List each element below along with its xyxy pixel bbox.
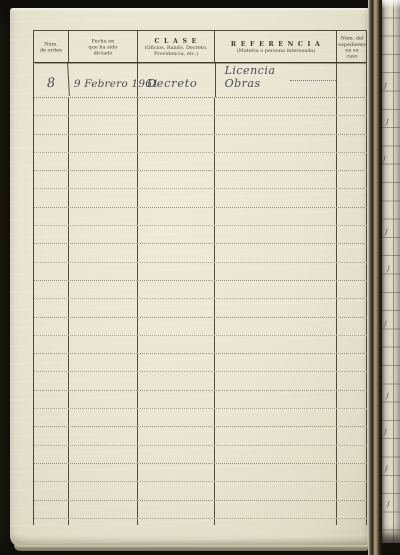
empty-cell [69, 336, 138, 353]
empty-cell [138, 226, 216, 243]
header-fecha: Fecha en que ha sido dictado [69, 31, 138, 62]
entry-num-orden: 8 [33, 62, 70, 98]
empty-cell [138, 153, 216, 170]
header-text: de orden [40, 47, 62, 53]
entry-fecha: 9 Febrero 1961 [69, 63, 138, 97]
header-text: Fecha en [88, 38, 117, 44]
empty-cell [69, 135, 138, 152]
empty-cell [69, 153, 138, 170]
empty-cell [34, 318, 69, 335]
empty-cell [215, 226, 337, 243]
empty-cell [34, 336, 69, 353]
handwriting-fragment [383, 500, 390, 509]
empty-cell [138, 464, 216, 481]
header-subtitle: (Oficios, Bando, Decreto, [145, 44, 208, 50]
empty-cell [215, 116, 337, 133]
header-text: expediente [338, 41, 366, 47]
table-row-empty [34, 336, 367, 354]
empty-cell [34, 153, 69, 170]
entry-referencia: Licencia Obras [216, 63, 338, 97]
empty-cell [138, 391, 216, 408]
empty-cell [215, 501, 337, 518]
handwriting-fragment [382, 155, 386, 164]
empty-cell [34, 464, 69, 481]
empty-cell [215, 446, 337, 463]
book-gutter [368, 0, 382, 555]
table-row-empty [34, 299, 367, 317]
entry-referencia-text: Licencia Obras [225, 64, 284, 90]
table-row-empty [34, 153, 367, 171]
empty-cell [138, 116, 216, 133]
empty-cell [138, 354, 216, 371]
register-page-paper: Núm. de orden Fecha en que ha sido dicta… [10, 8, 368, 547]
table-row-empty [34, 427, 367, 445]
header-text: dictado [88, 49, 117, 55]
table-row-empty [34, 244, 367, 262]
empty-cell [69, 226, 138, 243]
empty-cell [34, 244, 69, 261]
scanned-register-page: Núm. de orden Fecha en que ha sido dicta… [0, 0, 400, 555]
handwriting-fragment [382, 118, 389, 127]
table-row-empty [34, 171, 367, 189]
empty-cell [337, 446, 367, 463]
empty-cell [138, 171, 216, 188]
empty-cell [69, 281, 138, 298]
empty-cell [69, 98, 138, 115]
empty-cell [337, 409, 367, 426]
empty-cell [215, 208, 337, 225]
empty-cell [337, 116, 367, 133]
empty-cell [215, 98, 337, 115]
empty-cell [215, 171, 337, 188]
empty-cell [69, 189, 138, 206]
empty-cell [34, 171, 69, 188]
empty-cell [337, 208, 367, 225]
empty-cell [69, 391, 138, 408]
header-subtitle: (Materia o persona interesada) [231, 47, 321, 53]
table-row-empty [34, 409, 367, 427]
empty-cell [34, 446, 69, 463]
table-row-empty [34, 189, 367, 207]
empty-cell [215, 427, 337, 444]
table-row-empty [34, 501, 367, 519]
empty-cell [34, 427, 69, 444]
empty-cell [215, 281, 337, 298]
empty-cell [69, 299, 138, 316]
empty-cell [34, 354, 69, 371]
table-row-empty [34, 391, 367, 409]
table-row-empty [34, 281, 367, 299]
empty-cell [215, 153, 337, 170]
empty-cell [138, 189, 216, 206]
empty-cell [138, 244, 216, 261]
empty-cell [138, 501, 216, 518]
handwriting-fragment [382, 320, 387, 329]
empty-cell [138, 135, 216, 152]
header-subtitle: Providencia, etc.) [145, 50, 208, 56]
table-row-empty [34, 135, 367, 153]
empty-cell [337, 281, 367, 298]
empty-cell [69, 171, 138, 188]
empty-cell [69, 464, 138, 481]
table-row-empty [34, 226, 367, 244]
empty-cell [34, 409, 69, 426]
empty-cell [138, 409, 216, 426]
empty-cell [337, 354, 367, 371]
empty-cell [138, 281, 216, 298]
empty-cell [138, 427, 216, 444]
empty-cell [69, 501, 138, 518]
empty-cell [34, 226, 69, 243]
handwritten-dotted-flourish [290, 80, 336, 81]
header-num-orden: Núm. de orden [34, 31, 69, 62]
empty-cell [337, 244, 367, 261]
header-referencia: R E F E R E N C I A (Materia o persona i… [215, 31, 337, 62]
handwriting-fragment [382, 465, 388, 474]
empty-cell [337, 336, 367, 353]
empty-cell [138, 263, 216, 280]
empty-cell [337, 299, 367, 316]
empty-cell [69, 354, 138, 371]
table-row-empty [34, 372, 367, 390]
empty-cell [337, 226, 367, 243]
header-title: R E F E R E N C I A [231, 40, 321, 47]
empty-cell [337, 135, 367, 152]
empty-cell [34, 501, 69, 518]
empty-cell [138, 98, 216, 115]
table-row-empty [34, 208, 367, 226]
table-row-empty [34, 98, 367, 116]
empty-cell [215, 189, 337, 206]
empty-cell [69, 244, 138, 261]
empty-cell [215, 135, 337, 152]
empty-cell [215, 391, 337, 408]
empty-cell [337, 98, 367, 115]
empty-cell [138, 482, 216, 499]
empty-cell [138, 208, 216, 225]
empty-cell [215, 409, 337, 426]
header-expediente: Núm. del expediente en su caso [337, 31, 367, 62]
empty-cell [215, 482, 337, 499]
empty-cell [34, 263, 69, 280]
empty-cell [138, 299, 216, 316]
empty-cell [337, 427, 367, 444]
empty-cell [34, 208, 69, 225]
empty-cell [69, 427, 138, 444]
handwriting-fragment [382, 228, 388, 237]
table-row-empty [34, 116, 367, 134]
empty-cell [69, 482, 138, 499]
empty-cell [337, 153, 367, 170]
empty-cell [34, 372, 69, 389]
empty-cell [34, 391, 69, 408]
empty-cell [337, 318, 367, 335]
table-row-empty [34, 318, 367, 336]
page-edge-highlight [382, 0, 400, 9]
handwriting-fragment [382, 428, 387, 437]
empty-cell [138, 336, 216, 353]
table-row-empty [34, 446, 367, 464]
empty-cell [215, 299, 337, 316]
empty-cell [215, 318, 337, 335]
empty-cell [215, 354, 337, 371]
header-text: caso [338, 52, 366, 58]
header-text: que ha sido [88, 44, 117, 50]
empty-cell [215, 263, 337, 280]
empty-cell [215, 244, 337, 261]
facing-page-edge [382, 0, 400, 543]
empty-cell [34, 135, 69, 152]
entry-expediente [337, 63, 367, 97]
handwriting-fragment [382, 82, 387, 91]
empty-rows-container [34, 98, 367, 519]
handwriting-fragment [382, 392, 389, 401]
empty-cell [34, 281, 69, 298]
empty-cell [138, 372, 216, 389]
empty-cell [337, 372, 367, 389]
empty-cell [69, 263, 138, 280]
empty-cell [138, 446, 216, 463]
table-row-empty [34, 263, 367, 281]
empty-cell [69, 372, 138, 389]
empty-cell [69, 446, 138, 463]
table-row-empty [34, 464, 367, 482]
empty-cell [215, 372, 337, 389]
empty-cell [34, 116, 69, 133]
header-text: Núm. [40, 41, 62, 47]
empty-cell [34, 299, 69, 316]
empty-cell [138, 318, 216, 335]
entry-clase: Decreto [138, 63, 216, 97]
handwriting-fragment [383, 265, 390, 274]
empty-cell [215, 336, 337, 353]
empty-cell [69, 208, 138, 225]
empty-cell [69, 318, 138, 335]
table-row-empty [34, 482, 367, 500]
empty-cell [337, 501, 367, 518]
empty-cell [69, 409, 138, 426]
table-header-row: Núm. de orden Fecha en que ha sido dicta… [34, 31, 367, 63]
header-clase: C L A S E (Oficios, Bando, Decreto, Prov… [138, 31, 216, 62]
empty-cell [69, 116, 138, 133]
empty-cell [337, 189, 367, 206]
header-title: C L A S E [145, 38, 208, 45]
empty-cell [337, 263, 367, 280]
empty-cell [34, 482, 69, 499]
table-row-entry: 8 9 Febrero 1961 Decreto Licencia Obras [34, 63, 367, 98]
empty-cell [34, 189, 69, 206]
table-row-empty [34, 354, 367, 372]
header-text: Núm. del [338, 35, 366, 41]
empty-cell [337, 464, 367, 481]
empty-cell [34, 98, 69, 115]
empty-cell [215, 464, 337, 481]
header-text: en su [338, 47, 366, 53]
empty-cell [337, 171, 367, 188]
register-table: Núm. de orden Fecha en que ha sido dicta… [33, 30, 367, 525]
empty-cell [337, 482, 367, 499]
table-row-stub [34, 519, 367, 525]
empty-cell [337, 391, 367, 408]
